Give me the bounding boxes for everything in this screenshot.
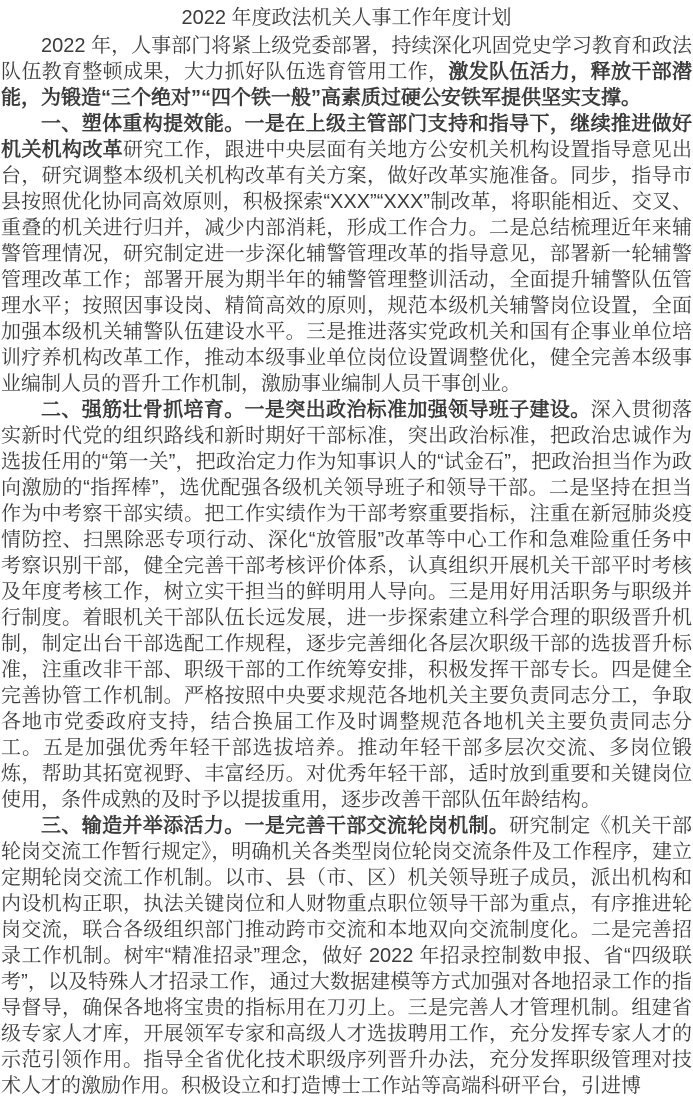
document-title: 2022 年度政法机关人事工作年度计划 [1,5,692,32]
document-page: 2022 年度政法机关人事工作年度计划 2022 年，人事部门将紧上级党委部署，… [0,0,693,1097]
paragraph-section-1: 一、塑体重构提效能。一是在上级主管部门支持和指导下，继续推进做好机关机构改革研究… [1,111,692,397]
paragraph-section-3: 三、输造并举添活力。一是完善干部交流轮岗机制。研究制定《机关干部轮岗交流工作暂行… [1,813,692,1097]
paragraph-intro: 2022 年，人事部门将紧上级党委部署，持续深化巩固党史学习教育和政法队伍教育整… [1,33,692,111]
bold-text-segment: 二、强筋壮骨抓培育。一是突出政治标准加强领导班子建设。 [41,399,591,421]
bold-text-segment: 三、输造并举添活力。一是完善干部交流轮岗机制。 [41,815,509,837]
text-segment: 深入贯彻落实新时代党的组织路线和新时期好干部标准，突出政治标准，把政治忠诚作为选… [1,399,692,811]
text-segment: 研究制定《机关干部轮岗交流工作暂行规定》，明确机关各类型岗位轮岗交流条件及工作程… [1,815,692,1097]
text-segment: 研究工作，跟进中央层面有关地方公安机关机构设置指导意见出台，研究调整本级机关机构… [1,139,692,395]
paragraph-section-2: 二、强筋壮骨抓培育。一是突出政治标准加强领导班子建设。深入贯彻落实新时代党的组织… [1,397,692,813]
